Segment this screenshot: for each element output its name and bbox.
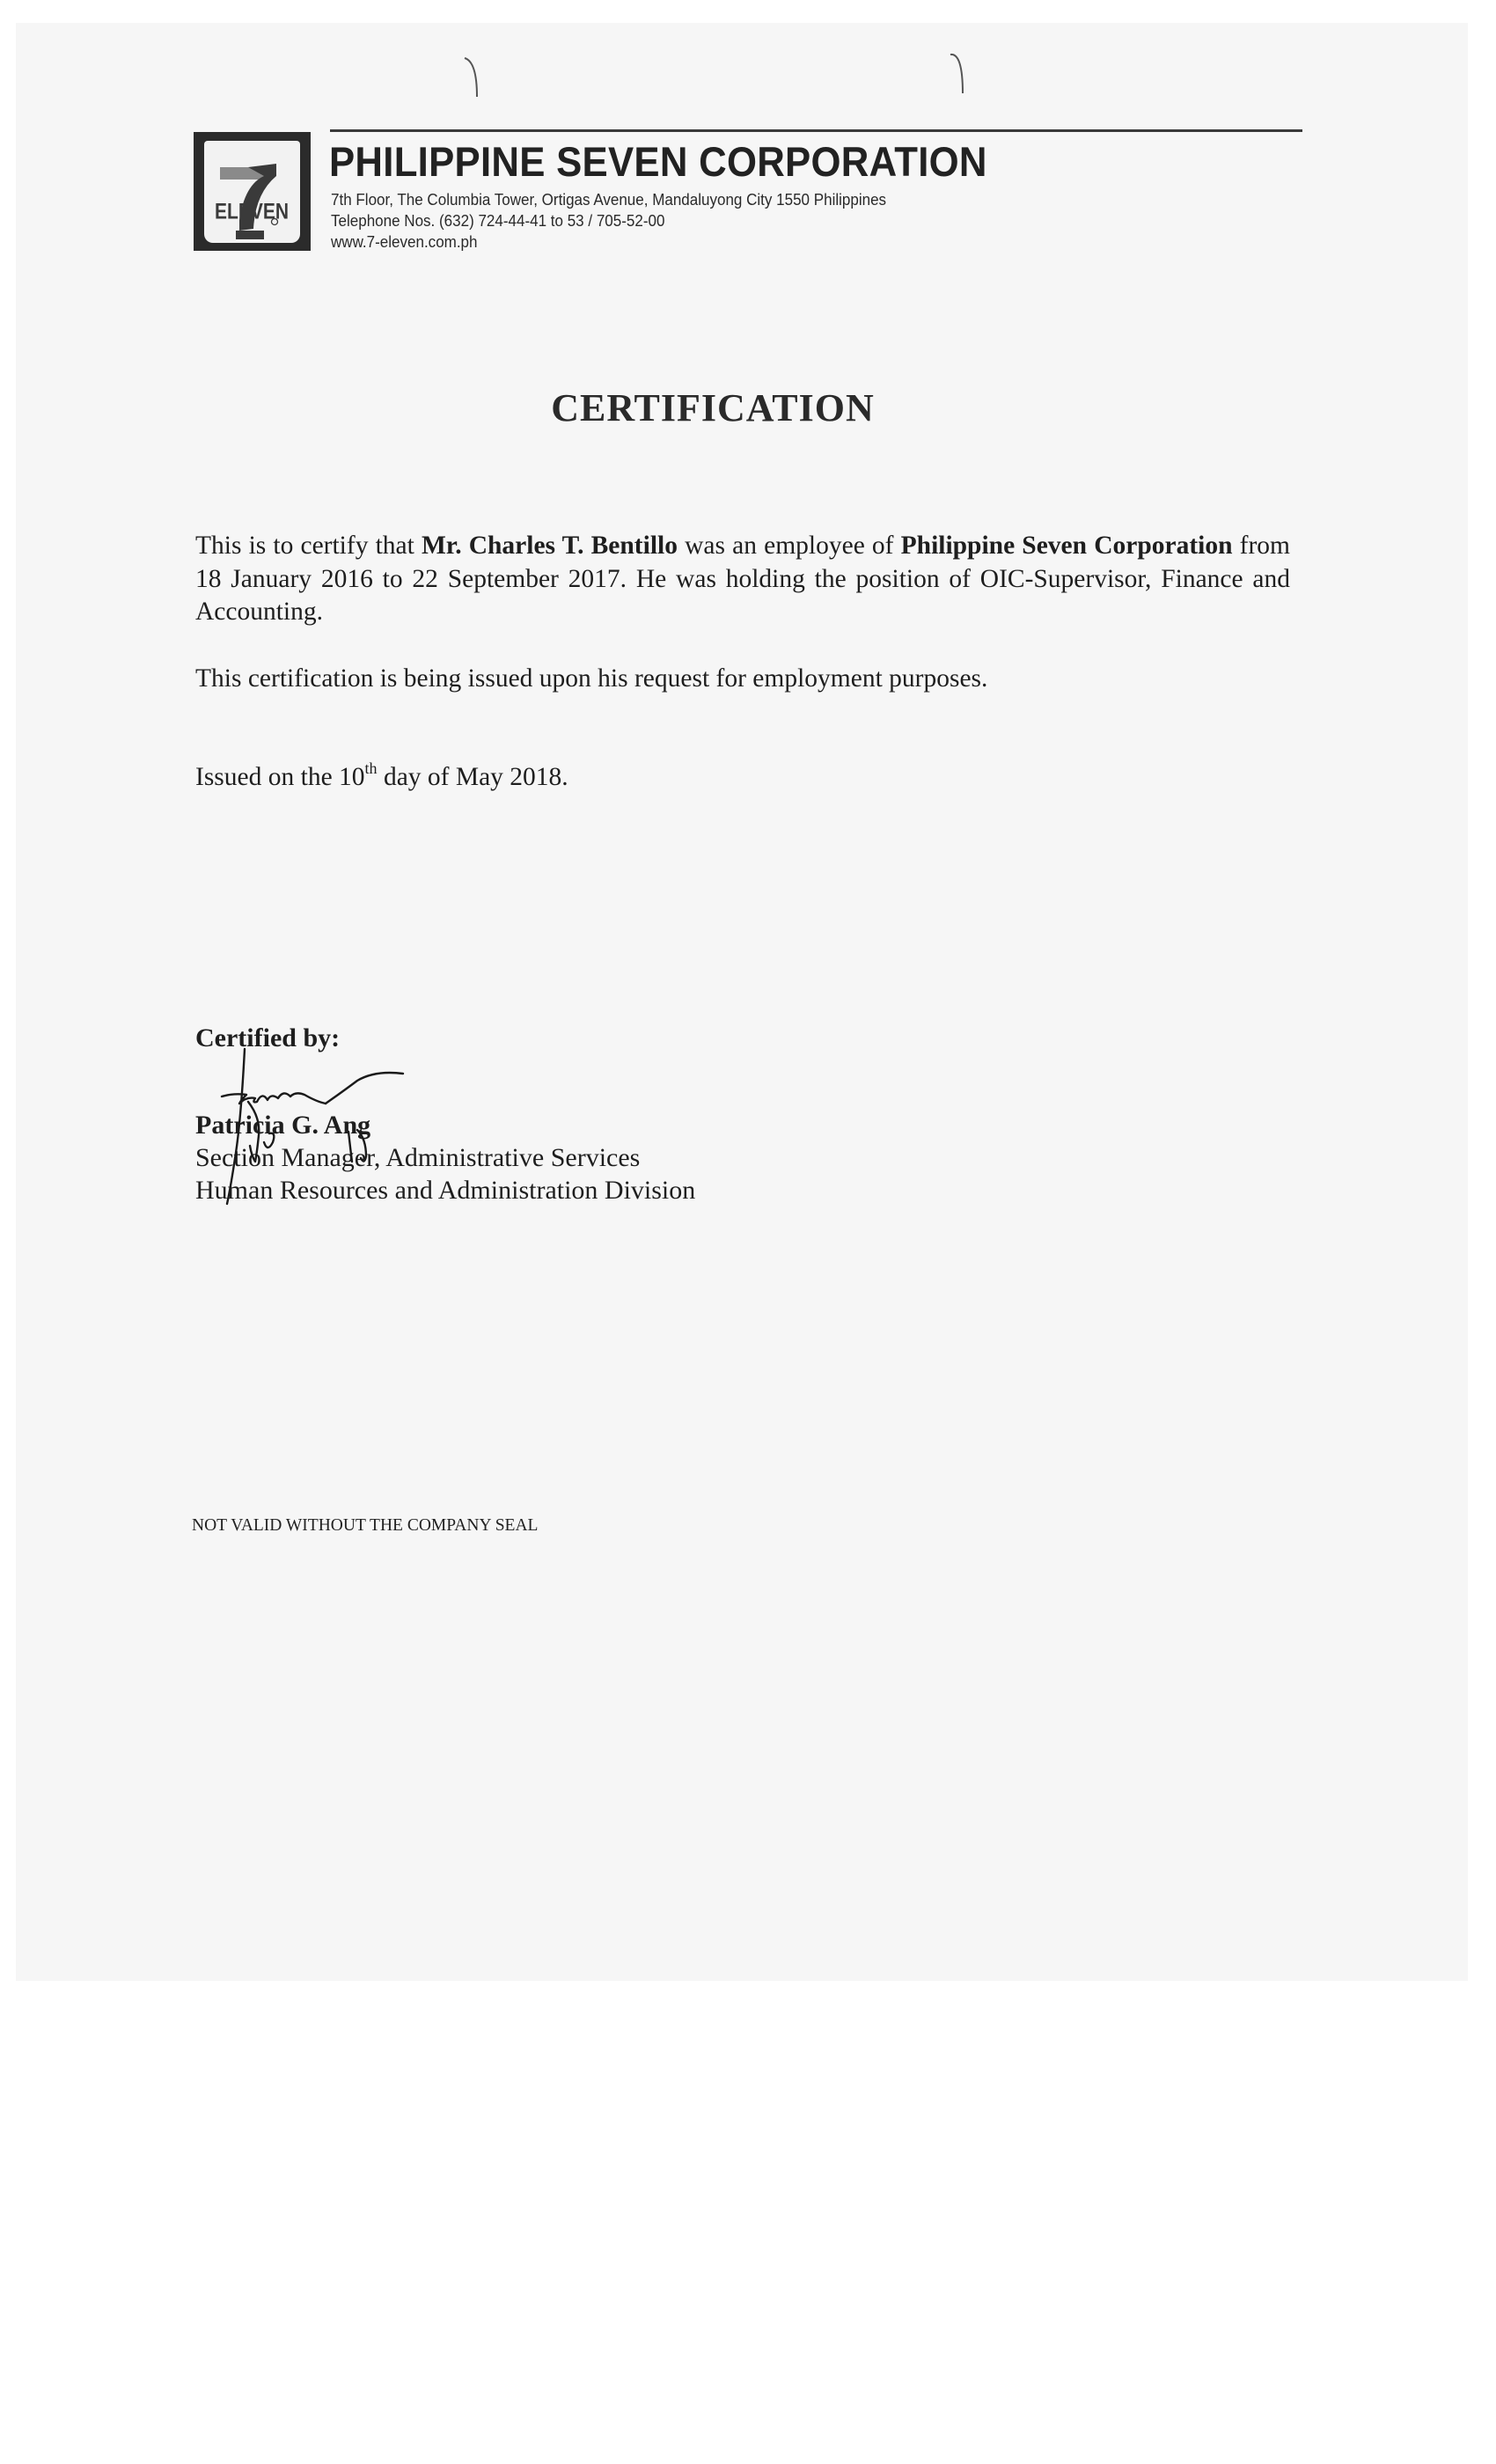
paragraph-text: was an employee of <box>678 532 901 560</box>
paragraph-text: This is to certify that <box>195 532 422 560</box>
signatory-name: Patricia G. Ang <box>195 1111 370 1140</box>
punch-hole-mark-left <box>458 55 493 107</box>
scanned-page <box>16 23 1468 1981</box>
company-name: PHILIPPINE SEVEN CORPORATION <box>329 137 987 186</box>
seven-eleven-logo-icon: ELEVEN <box>194 132 311 251</box>
employee-name: Mr. Charles T. Bentillo <box>422 532 678 560</box>
issued-text: day of May 2018. <box>378 763 568 791</box>
logo-eleven-text: ELEVEN <box>215 199 289 224</box>
issued-date: Issued on the 10th day of May 2018. <box>195 761 1290 795</box>
company-address: 7th Floor, The Columbia Tower, Ortigas A… <box>331 190 886 209</box>
document-title: CERTIFICATION <box>0 385 1426 430</box>
signatory-division: Human Resources and Administration Divis… <box>195 1176 695 1206</box>
company-name-inline: Philippine Seven Corporation <box>901 532 1233 560</box>
company-seal-notice: NOT VALID WITHOUT THE COMPANY SEAL <box>192 1516 538 1536</box>
certification-paragraph: This is to certify that Mr. Charles T. B… <box>195 530 1290 629</box>
purpose-paragraph: This certification is being issued upon … <box>195 663 1290 696</box>
issued-day-suffix: th <box>365 759 378 777</box>
company-website: www.7-eleven.com.ph <box>331 232 478 252</box>
issued-day: 10 <box>339 763 365 791</box>
header-rule <box>330 129 1302 132</box>
signatory-position: Section Manager, Administrative Services <box>195 1143 640 1173</box>
company-telephone: Telephone Nos. (632) 724-44-41 to 53 / 7… <box>331 211 664 231</box>
issued-text: Issued on the <box>195 763 339 791</box>
certified-by-label: Certified by: <box>195 1023 340 1053</box>
punch-hole-mark-right <box>949 49 984 102</box>
